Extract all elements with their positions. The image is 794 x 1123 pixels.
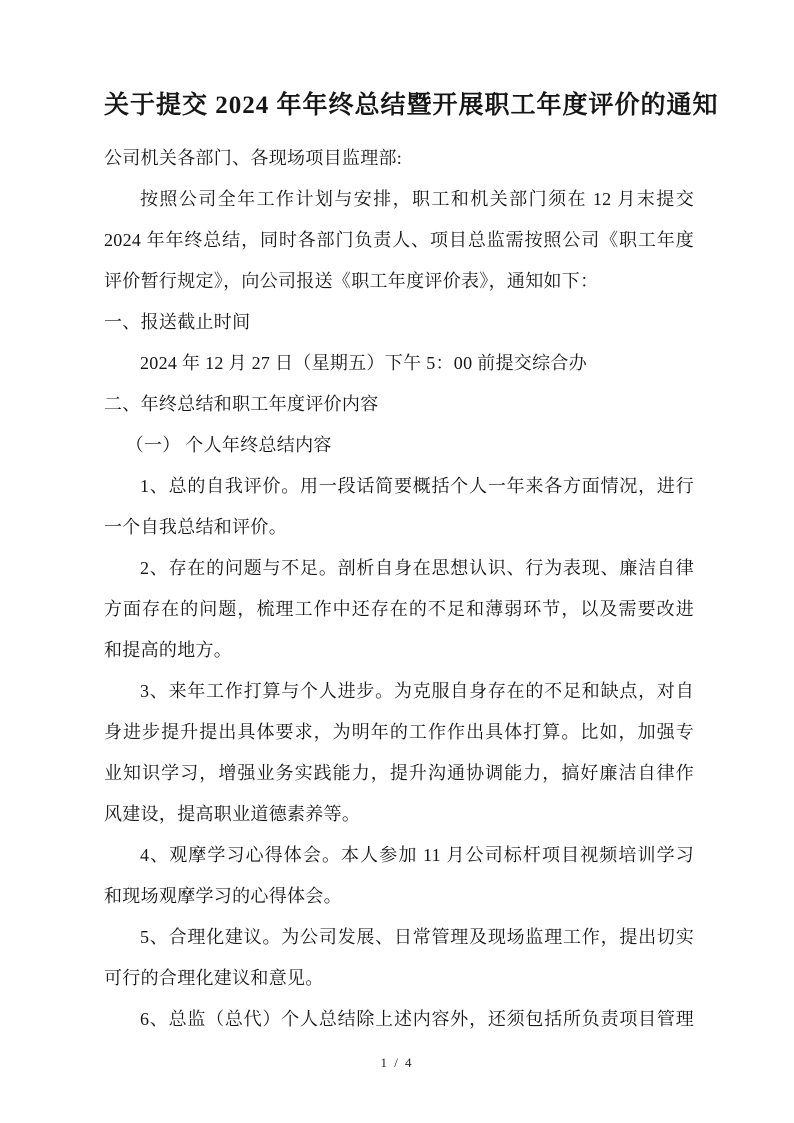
document-page: 关于提交 2024 年年终总结暨开展职工年度评价的通知 公司机关各部门、各现场项… — [0, 0, 794, 1123]
text-line: 5、合理化建议。为公司发展、日常管理及现场监理工作，提出切实 — [104, 917, 694, 958]
text-line: 可行的合理化建议和意见。 — [104, 958, 694, 999]
text-line: 和现场观摩学习的心得体会。 — [104, 876, 694, 917]
text-line: （一） 个人年终总结内容 — [104, 425, 694, 466]
text-line: 公司机关各部门、各现场项目监理部: — [104, 138, 694, 179]
text-line: 一个自我总结和评价。 — [104, 507, 694, 548]
text-line: 评价暂行规定》，向公司报送《职工年度评价表》，通知如下： — [104, 261, 694, 302]
text-line: 和提高的地方。 — [104, 630, 694, 671]
document-body: 公司机关各部门、各现场项目监理部:按照公司全年工作计划与安排，职工和机关部门须在… — [104, 138, 694, 1040]
text-line: 2024 年年终总结，同时各部门负责人、项目总监需按照公司《职工年度 — [104, 220, 694, 261]
text-line: 业知识学习，增强业务实践能力，提升沟通协调能力，搞好廉洁自律作 — [104, 753, 694, 794]
text-line: 4、观摩学习心得体会。本人参加 11 月公司标杆项目视频培训学习 — [104, 835, 694, 876]
text-line: 身进步提升提出具体要求，为明年的工作作出具体打算。比如，加强专 — [104, 712, 694, 753]
page-number-indicator: 1 / 4 — [380, 1055, 413, 1070]
text-line: 2024 年 12 月 27 日（星期五）下午 5：00 前提交综合办 — [104, 343, 694, 384]
document-title: 关于提交 2024 年年终总结暨开展职工年度评价的通知 — [104, 84, 694, 128]
text-line: 3、来年工作打算与个人进步。为克服自身存在的不足和缺点，对自 — [104, 671, 694, 712]
text-line: 6、总监（总代）个人总结除上述内容外，还须包括所负责项目管理 — [104, 999, 694, 1040]
text-line: 2、存在的问题与不足。剖析自身在思想认识、行为表现、廉洁自律 — [104, 548, 694, 589]
text-line: 风建设，提高职业道德素养等。 — [104, 794, 694, 835]
text-line: 二、年终总结和职工年度评价内容 — [104, 384, 694, 425]
text-line: 1、总的自我评价。用一段话简要概括个人一年来各方面情况，进行 — [104, 466, 694, 507]
text-line: 按照公司全年工作计划与安排，职工和机关部门须在 12 月末提交 — [104, 179, 694, 220]
text-line: 方面存在的问题，梳理工作中还存在的不足和薄弱环节，以及需要改进 — [104, 589, 694, 630]
page-footer: 1 / 4 — [0, 1050, 794, 1076]
text-line: 一、报送截止时间 — [104, 302, 694, 343]
